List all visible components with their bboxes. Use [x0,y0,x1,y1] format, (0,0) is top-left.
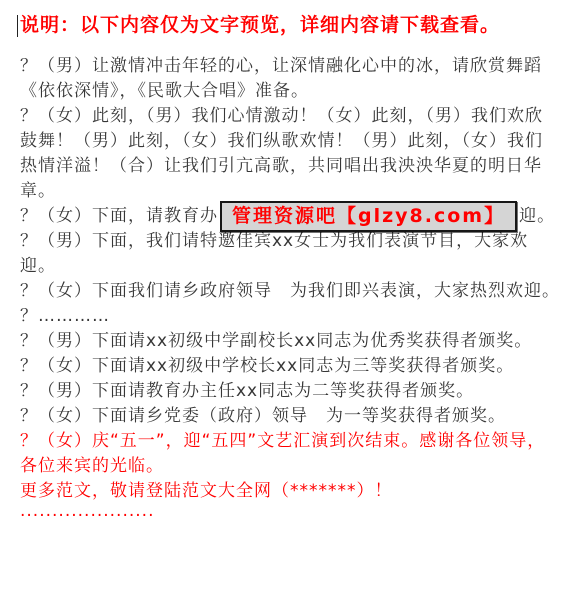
watermark-label: 管理资源吧【glzy8.com】 [232,205,505,227]
script-line-fragment: ？（女）下面，请教育办 [20,206,218,226]
glzy8-watermark-badge: 管理资源吧【glzy8.com】 [220,201,517,232]
script-line: ？（男）下面请教育办主任xx同志为二等奖获得者颁奖。 [20,379,560,404]
script-line: ？（男）让激情冲击年轻的心，让深情融化心中的冰，请欣赏舞蹈《依依深情》，《民歌大… [20,54,560,104]
script-line-fragment: 迎。 [519,206,555,226]
script-line: ？（女）下面我们请乡政府领导 为我们即兴表演，大家热烈欢迎。 [20,279,560,304]
script-line: ？（男）下面请xx初级中学副校长xx同志为优秀奖获得者颁奖。 [20,329,560,354]
script-line: ？（女）下面请乡党委（政府）领导 为一等奖获得者颁奖。 [20,404,560,429]
preview-notice: 说明：以下内容仅为文字预览，详细内容请下载查看。 [20,12,560,38]
script-line: ？（男）下面，我们请特邀佳宾xx女士为我们表演节目，大家欢迎。 [20,229,560,279]
text-caret [17,15,18,37]
script-line: ？………… [20,304,560,329]
script-line: ？（女）下面请xx初级中学校长xx同志为三等奖获得者颁奖。 [20,354,560,379]
script-line: ？（女）庆“五一”，迎“五四”文艺汇演到次结束。感谢各位领导，各位来宾的光临。 [20,429,560,479]
more-templates-note: 更多范文，敬请登陆范文大全网（*******）！ [20,479,560,504]
script-line-with-watermark: ？（女）下面，请教育办管理资源吧【glzy8.com】迎。 [20,204,560,229]
preview-body: ？（男）让激情冲击年轻的心，让深情融化心中的冰，请欣赏舞蹈《依依深情》，《民歌大… [20,54,560,529]
document-preview-page: 说明：以下内容仅为文字预览，详细内容请下载查看。 ？（男）让激情冲击年轻的心，让… [0,0,578,600]
script-line: ？（女）此刻，（男）我们心情激动！（女）此刻，（男）我们欢欣鼓舞！（男）此刻，（… [20,104,560,204]
dots-separator: ····················· [20,504,560,529]
